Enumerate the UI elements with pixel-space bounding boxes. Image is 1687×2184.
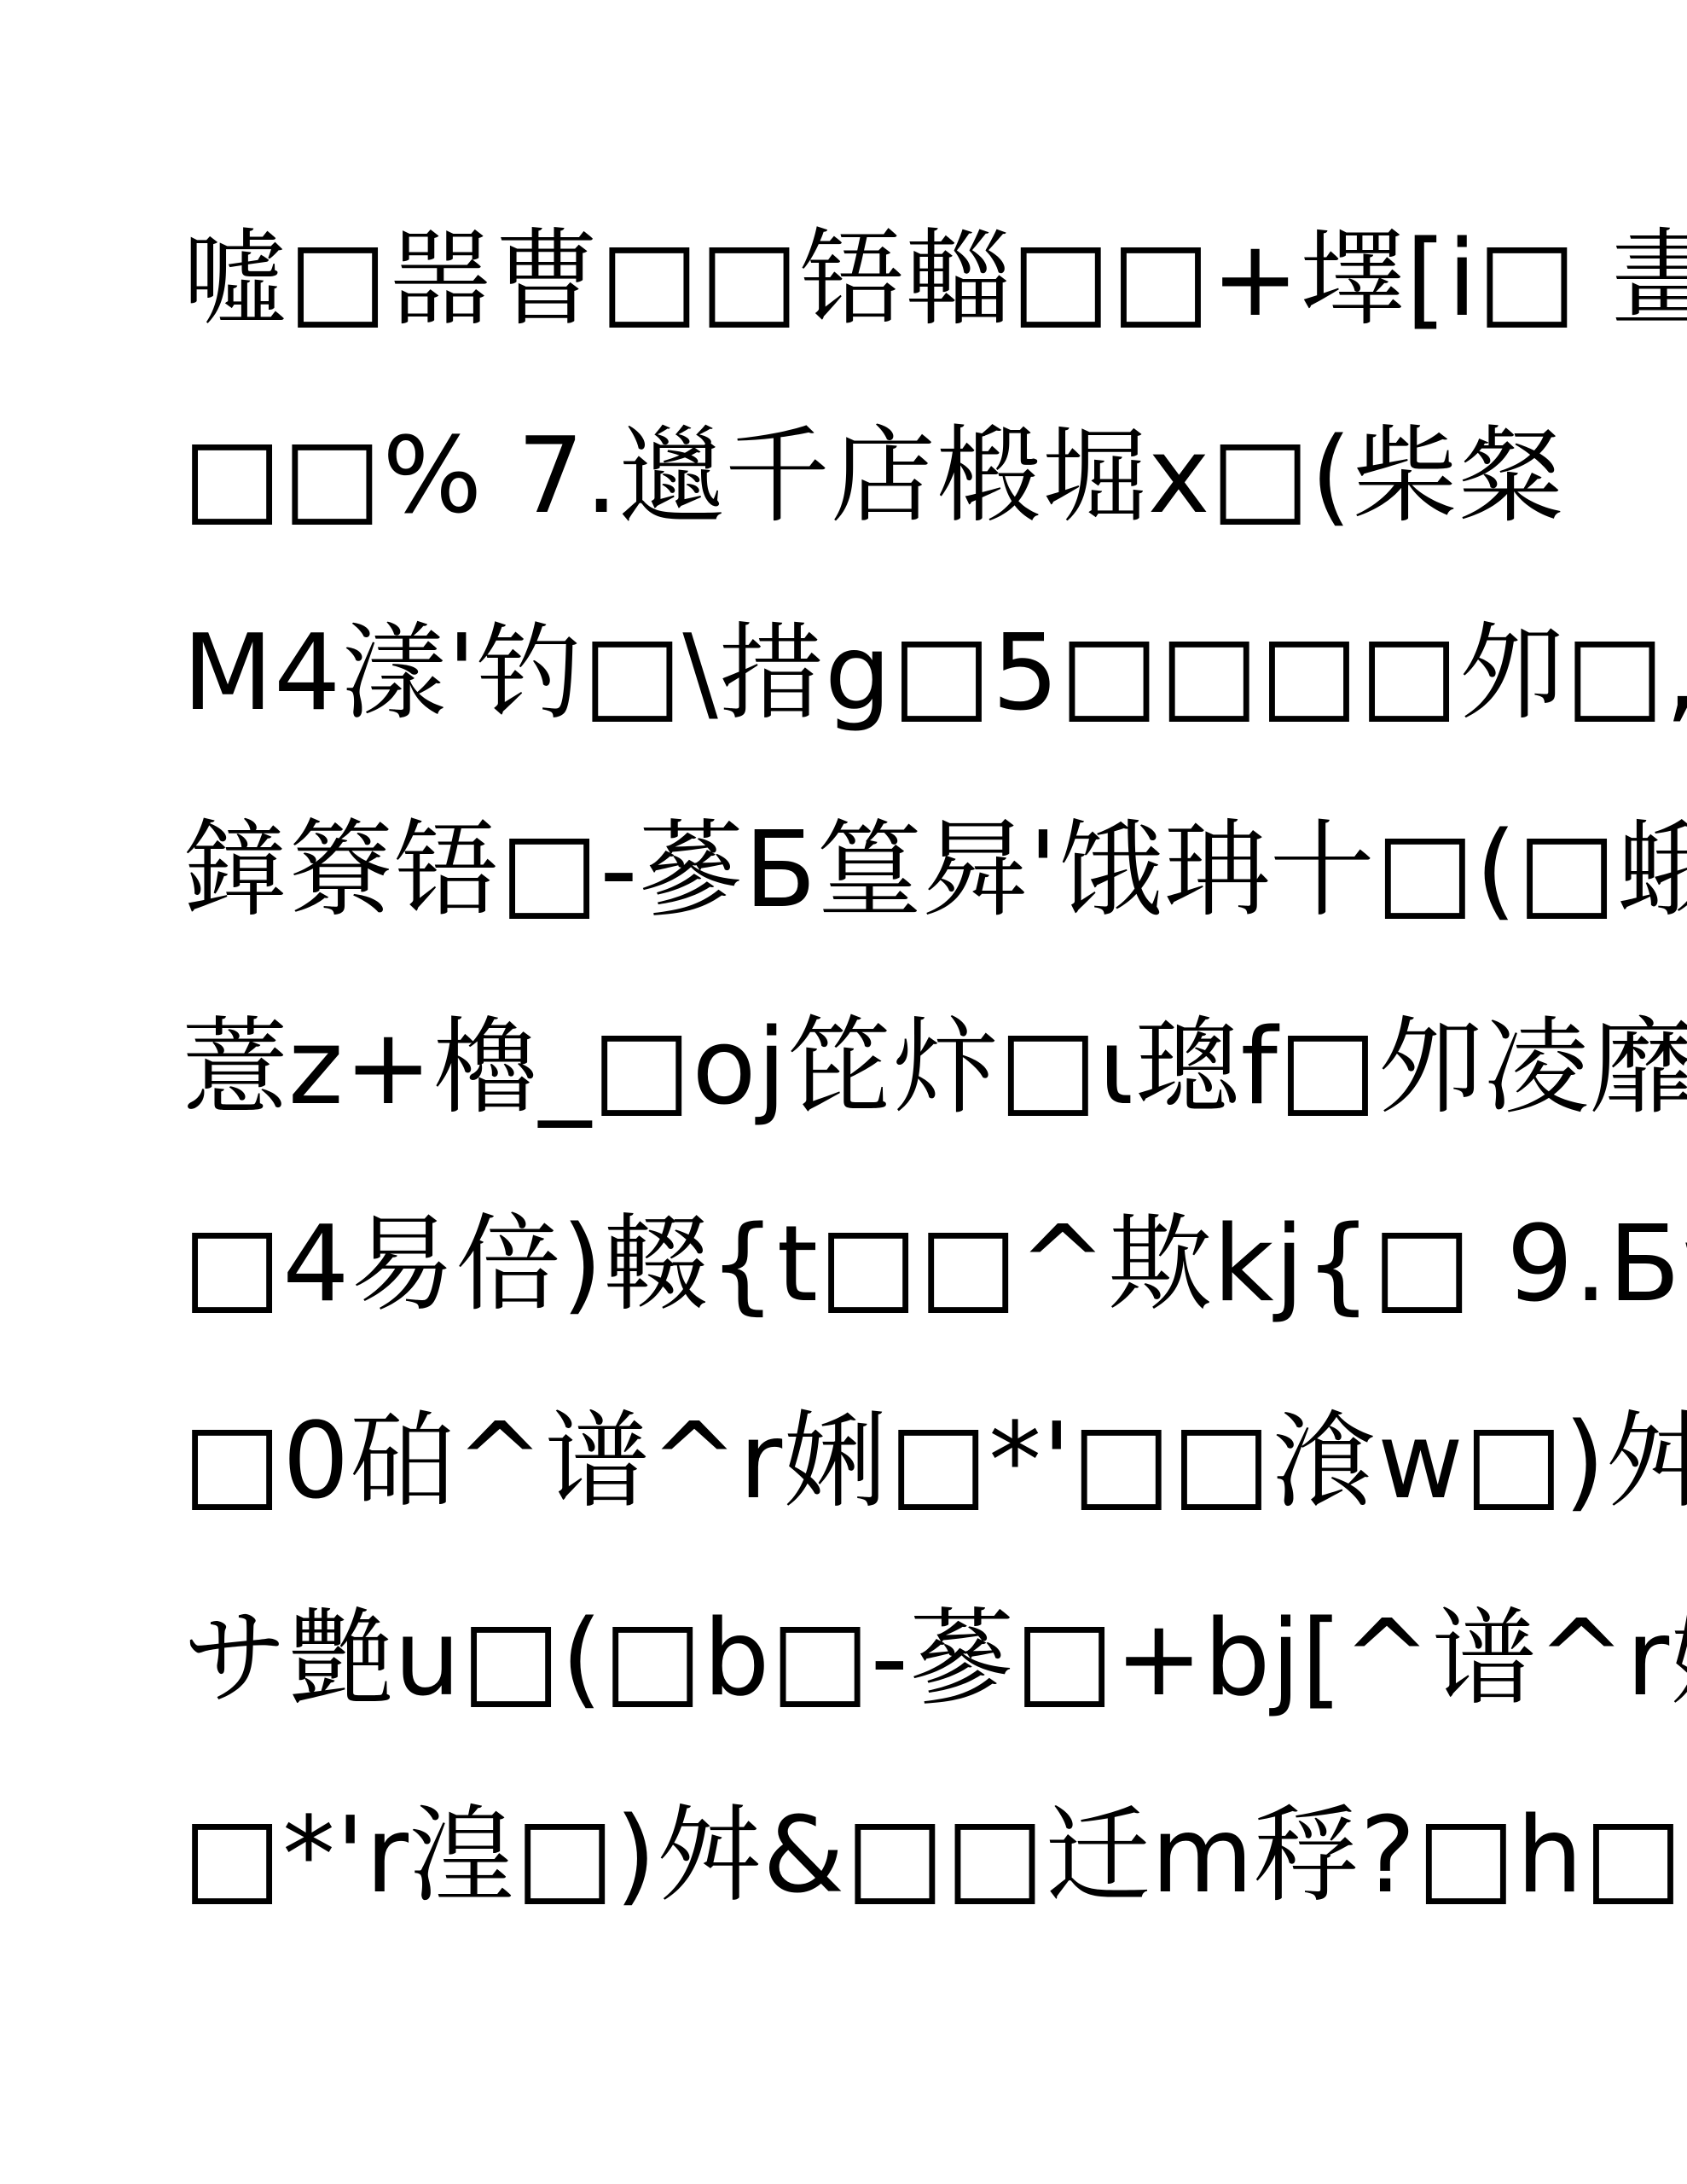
- document-page: 噓□噐曹□□铻輜□□+墿[i□ 畫 □□% 7.邋千店椴堀x□(柴粲 M4漾'钓…: [0, 0, 1687, 2184]
- text-line-5: 薏z+櫓_□oj笓炞□ι璁f□夘凌靡: [183, 969, 1585, 1166]
- text-line-2: □□% 7.邋千店椴堀x□(柴粲: [183, 378, 1585, 575]
- text-line-9: □*'r湟□)舛&□□迁m稃?□h□□: [183, 1757, 1585, 1955]
- text-line-7: □0砶^谱^r娳□*'□□湌w□)舛&: [183, 1363, 1585, 1560]
- text-line-4: 鏱簝铻□-蔘Б篁曻'饿珃十□(□蛾: [183, 772, 1585, 969]
- text-line-8: サ艶u□(□b□-蔘□+bj[^谱^r娳: [183, 1560, 1585, 1757]
- text-line-6: □4易倍)輟{t□□^欺kj{□ 9.Бw皦: [183, 1166, 1585, 1363]
- text-line-1: 噓□噐曹□□铻輜□□+墿[i□ 畫: [183, 181, 1585, 378]
- text-line-3: M4漾'钓□\措g□5□□□□夘□,逥: [183, 575, 1585, 772]
